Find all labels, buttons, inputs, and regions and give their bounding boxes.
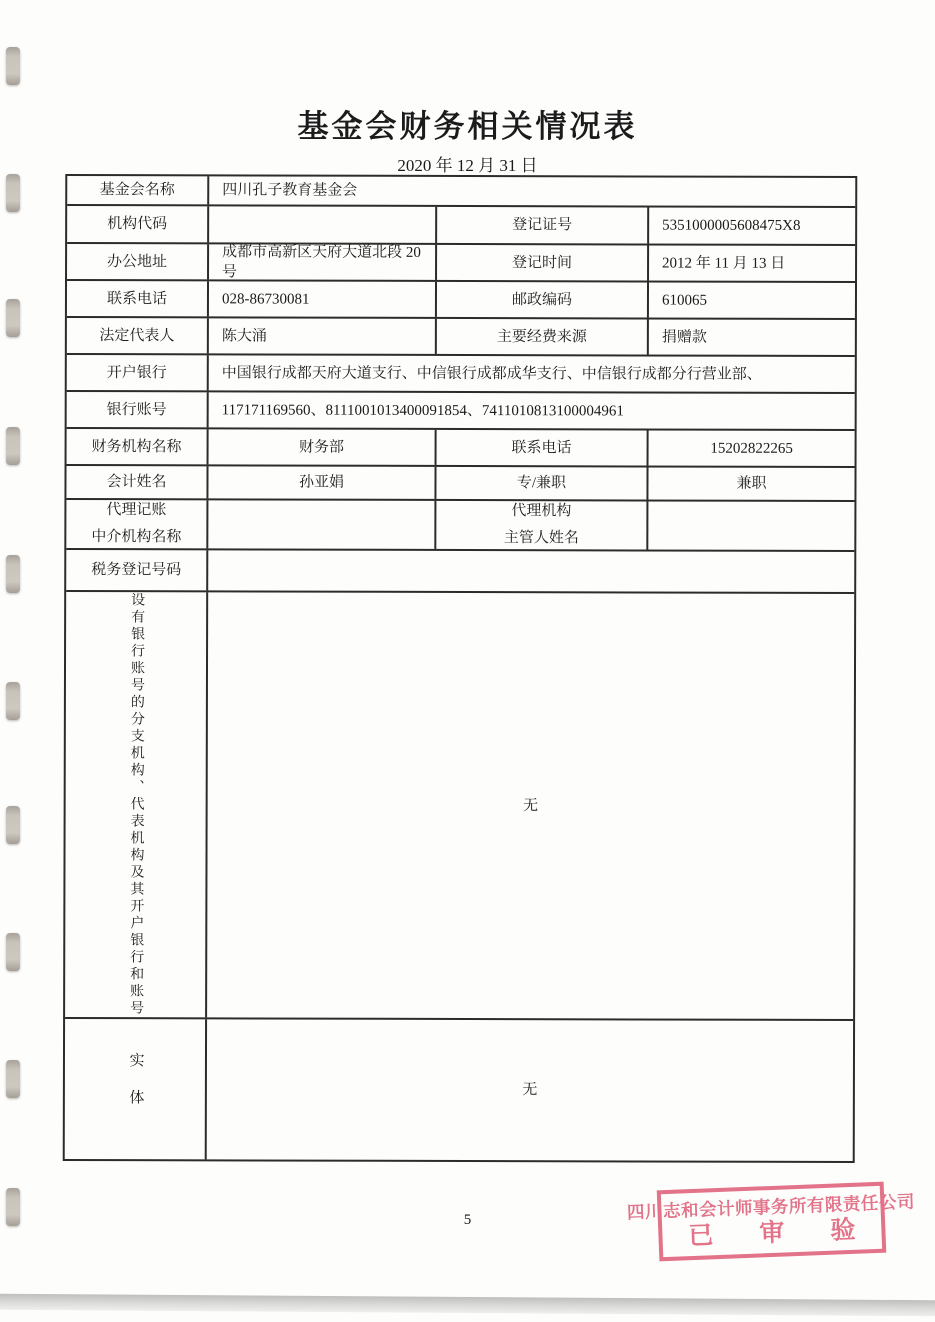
binder-hole-mark [6,427,20,465]
cell-agency-label: 代理记账 中介机构名称 [66,500,208,548]
table-row: 会计姓名 孙亚娟 专/兼职 兼职 [66,466,854,502]
cell-org-code-value [209,206,437,243]
table-row: 代理记账 中介机构名称 代理机构 主管人姓名 [66,500,854,552]
cell-reg-time-label: 登记时间 [437,245,649,281]
cell-fulltime-label: 专/兼职 [436,467,648,500]
cell-finance-org-value: 财务部 [209,429,437,465]
table-row: 机构代码 登记证号 5351000005608475X8 [67,206,855,246]
agency-label-line2: 中介机构名称 [91,524,181,551]
cell-accountant-label: 会计姓名 [66,466,208,498]
binder-hole-mark [6,1060,20,1098]
agency-manager-label-line1: 代理机构 [511,498,571,525]
cell-legal-rep-value: 陈大涌 [209,318,437,354]
foundation-info-table: 基金会名称 四川孔子教育基金会 机构代码 登记证号 53510000056084… [63,174,858,1163]
table-row: 财务机构名称 财务部 联系电话 15202822265 [67,429,855,468]
cell-foundation-name-value: 四川孔子教育基金会 [209,176,855,206]
cell-tax-reg-label: 税务登记号码 [66,550,208,590]
binder-hole-mark [6,555,20,593]
binder-hole-mark [6,47,20,85]
table-row: 开户银行 中国银行成都天府大道支行、中信银行成都成华支行、中信银行成都分行营业部… [67,355,855,394]
table-row: 税务登记号码 [66,550,854,594]
branches-label-vertical-text: 设有银行账号的分支机构、代表机构及其开户银行和账号 [128,592,143,1017]
table-row: 实体 无 [65,1019,853,1161]
cell-finance-phone-value: 15202822265 [649,430,855,466]
cell-reg-number-value: 5351000005608475X8 [649,207,855,244]
cell-reg-number-label: 登记证号 [437,207,649,244]
agency-label-line1: 代理记账 [106,497,166,524]
cell-postal-code-label: 邮政编码 [437,282,649,318]
cell-funding-source-label: 主要经费来源 [437,319,649,355]
table-row: 设有银行账号的分支机构、代表机构及其开户银行和账号 无 [65,592,854,1021]
cell-agency-value [208,500,436,549]
binder-hole-mark [6,174,20,212]
scan-edge-artifact [0,1294,935,1317]
table-row: 基金会名称 四川孔子教育基金会 [67,176,855,208]
table-row: 联系电话 028-86730081 邮政编码 610065 [67,281,855,320]
cell-office-address-value: 成都市高新区天府大道北段 20 号 [209,244,437,280]
table-row: 银行账号 117171169560、8111001013400091854、74… [67,392,855,431]
cell-foundation-name-label: 基金会名称 [67,176,209,204]
audit-stamp: 四川志和会计师事务所有限责任公司 已审验 [657,1182,887,1262]
cell-finance-phone-label: 联系电话 [437,430,649,466]
cell-tax-reg-value [208,550,854,592]
cell-agency-manager-value [648,501,854,550]
cell-branches-value: 无 [207,592,854,1019]
cell-org-code-label: 机构代码 [67,206,209,242]
cell-reg-time-value: 2012 年 11 月 13 日 [649,245,855,281]
cell-entity-label: 实体 [65,1019,207,1159]
cell-bank-value: 中国银行成都天府大道支行、中信银行成都成华支行、中信银行成都分行营业部、 [209,355,855,392]
cell-finance-org-label: 财务机构名称 [67,429,209,464]
binder-hole-mark [6,682,20,720]
table-row: 法定代表人 陈大涌 主要经费来源 捐赠款 [67,318,855,357]
cell-legal-rep-label: 法定代表人 [67,318,209,353]
cell-entity-value: 无 [207,1019,853,1161]
entity-label-vertical-text: 实体 [127,1052,142,1126]
agency-manager-label-line2: 主管人姓名 [504,525,579,552]
binder-hole-mark [6,933,20,971]
cell-contact-phone-label: 联系电话 [67,281,209,316]
cell-bank-account-value: 117171169560、8111001013400091854、7411010… [209,392,855,429]
cell-bank-label: 开户银行 [67,355,209,390]
cell-postal-code-value: 610065 [649,282,855,318]
cell-accountant-value: 孙亚娟 [208,466,436,499]
cell-bank-account-label: 银行账号 [67,392,209,427]
binder-hole-mark [6,299,20,337]
report-date: 2020 年 12 月 31 日 [0,151,935,176]
cell-agency-manager-label: 代理机构 主管人姓名 [436,501,648,550]
cell-contact-phone-value: 028-86730081 [209,281,437,317]
cell-office-address-label: 办公地址 [67,244,209,279]
cell-fulltime-value: 兼职 [648,467,854,500]
cell-funding-source-value: 捐赠款 [649,319,855,355]
cell-branches-label: 设有银行账号的分支机构、代表机构及其开户银行和账号 [65,592,208,1017]
table-row: 办公地址 成都市高新区天府大道北段 20 号 登记时间 2012 年 11 月 … [67,244,855,283]
binder-hole-mark [6,806,20,844]
page-title: 基金会财务相关情况表 [0,101,935,146]
